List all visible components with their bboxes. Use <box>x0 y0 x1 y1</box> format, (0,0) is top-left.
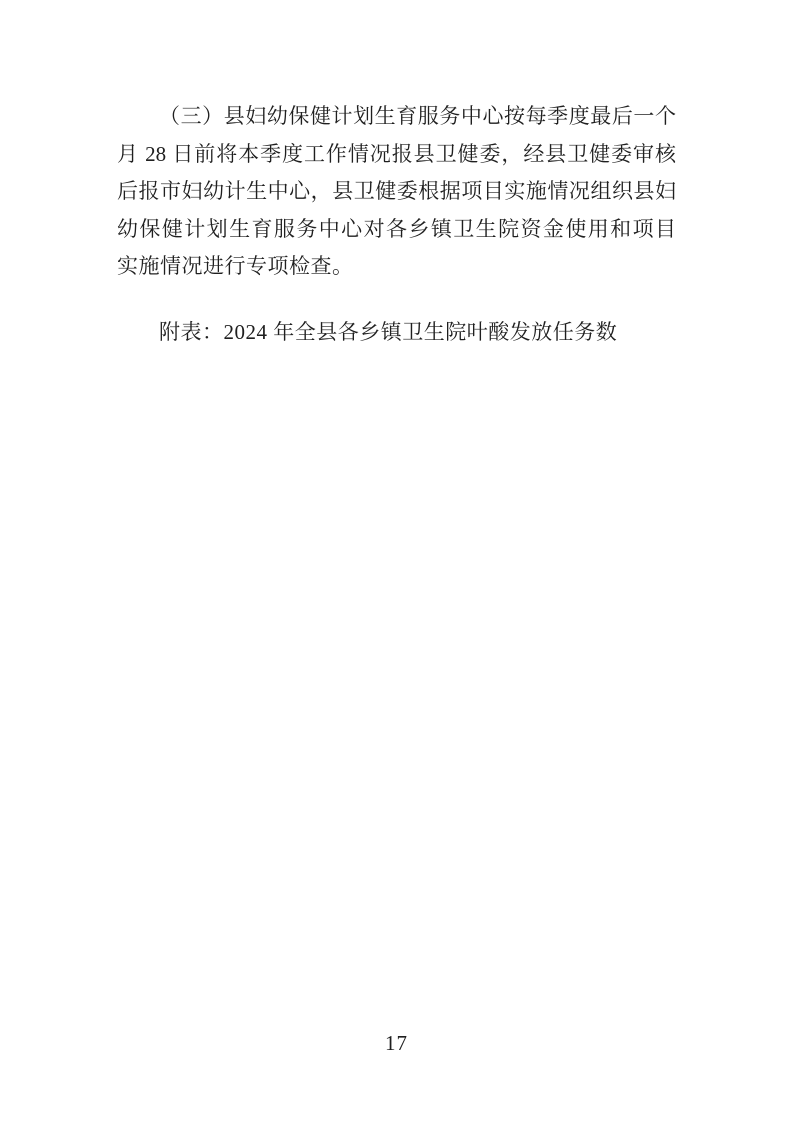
page-number: 17 <box>0 1031 793 1055</box>
paragraph-line-3: 后报市妇幼计生中心，县卫健委根据项目实施情况组织县妇 <box>117 173 676 211</box>
paragraph-line-1: （三）县妇幼保健计划生育服务中心按每季度最后一个 <box>117 98 676 136</box>
paragraph-line-4: 幼保健计划生育服务中心对各乡镇卫生院资金使用和项目 <box>117 211 676 249</box>
document-page: （三）县妇幼保健计划生育服务中心按每季度最后一个 月 28 日前将本季度工作情况… <box>0 0 793 1122</box>
paragraph-line-5: 实施情况进行专项检查。 <box>117 248 676 286</box>
body-text: （三）县妇幼保健计划生育服务中心按每季度最后一个 月 28 日前将本季度工作情况… <box>117 98 676 351</box>
paragraph-line-2: 月 28 日前将本季度工作情况报县卫健委，经县卫健委审核 <box>117 136 676 174</box>
attachment-note: 附表：2024 年全县各乡镇卫生院叶酸发放任务数 <box>117 314 676 352</box>
